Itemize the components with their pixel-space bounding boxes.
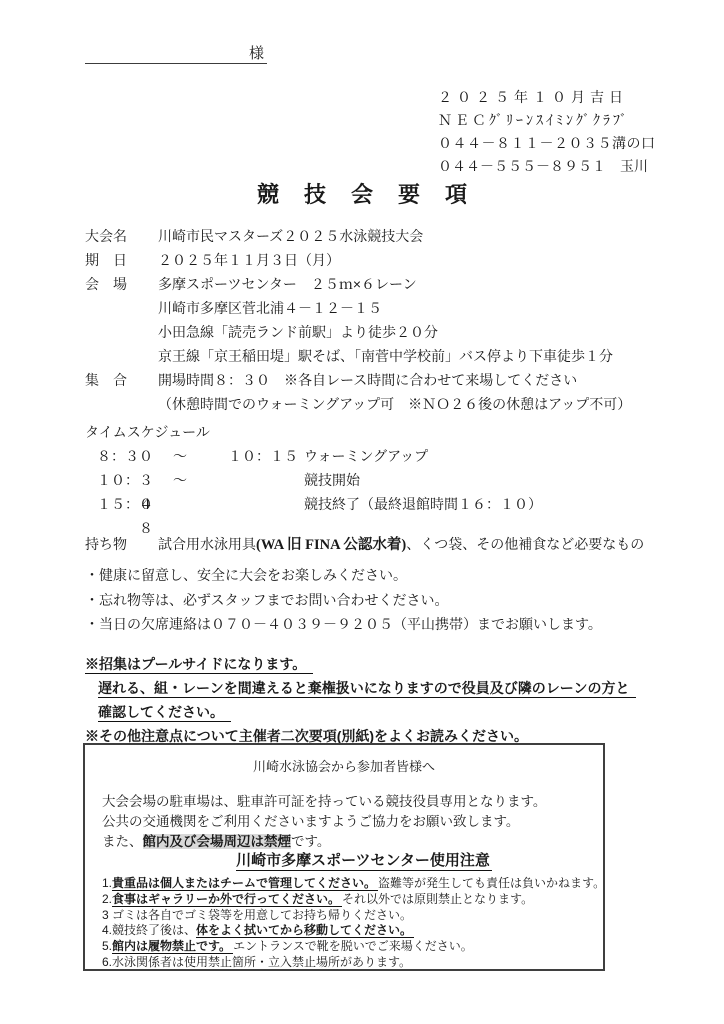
schedule-event: 競技開始 [304,468,360,492]
info-value: ２０２５年１１月３日（月） [158,248,340,272]
info-row: 京王線「京王稲田堤」駅そば、「南菅中学校前」バス停より下車徒歩１分 [85,344,631,368]
rule-rest: エントランスで靴を脱いでご来場ください。 [233,939,473,953]
warning-line: ※招集はプールサイドになります。 [85,652,636,676]
schedule-tilde: ～ [173,468,187,492]
rule-rest: それ以外では原則禁止となります。 [342,892,533,906]
page-title: 競技会要項 [0,182,724,208]
rule-item: 2.食事はギャラリーか外で行ってください。それ以外では原則禁止となります。 [102,892,603,908]
notice-text-before: また、 [102,834,143,849]
rule-number: 3 [102,908,112,922]
facility-rules-subheading-text: 川崎市多摩スポーツセンター使用注意 [236,852,492,871]
rule-emphasis: 館内は履物禁止です。 [112,939,233,954]
note-item: ・健康に留意し、安全に大会をお楽しみください。 [85,563,602,588]
rule-emphasis: 貴重品は個人またはチームで管理してください。 [112,876,378,891]
schedule-row: １０：３０ ～ 競技開始 [85,468,645,492]
info-value: 小田急線「読売ランド前駅」より徒歩２０分 [158,320,438,344]
info-value: 京王線「京王稲田堤」駅そば、「南菅中学校前」バス停より下車徒歩１分 [158,344,613,368]
rule-number: 5. [102,939,112,953]
schedule-event: ウォーミングアップ [304,444,428,468]
schedule-row: ８：３０ ～ １０：１５ ウォーミングアップ [85,444,645,468]
facility-rules-subheading: 川崎市多摩スポーツセンター使用注意 [125,852,603,870]
important-warnings: ※招集はプールサイドになります。 遅れる、組・レーンを間違えると棄権扱いになりま… [85,652,636,748]
rule-item: 6.水泳関係者は使用禁止箇所・立入禁止場所があります。 [102,955,603,971]
info-row: 大会名 川崎市民マスターズ２０２５水泳競技大会 [85,224,631,248]
warning-line: 確認してください。 [85,700,636,724]
note-item: ・忘れ物等は、必ずスタッフまでお問い合わせください。 [85,588,602,613]
rule-number: 6. [102,955,112,969]
phone-mizonokuchi: ０４４－８１１－２０３５溝の口 [438,132,656,155]
rule-rest: 水泳関係者は使用禁止箇所・立入禁止場所があります。 [112,955,411,969]
info-value: 多摩スポーツセンター ２５ｍ×６レーン [158,272,417,296]
issue-date: ２０２５年１０月吉日 [438,86,656,109]
info-label [85,320,158,344]
letterhead: ２０２５年１０月吉日 ＮＥＣｸﾞﾘｰﾝｽｲﾐﾝｸﾞｸﾗﾌﾞ ０４４－８１１－２０… [438,86,656,178]
warning-text: 確認してください。 [98,704,231,722]
info-label: 会 場 [85,272,158,296]
info-row: 期 日 ２０２５年１１月３日（月） [85,248,631,272]
notice-paragraph: 大会会場の駐車場は、駐車許可証を持っている競技役員専用となります。 [102,792,603,812]
belongings-value: 試合用水泳用具(WA 旧 FINA 公認水着)、くつ袋、その他補食など必要なもの [158,532,644,557]
warning-text: ※招集はプールサイドになります。 [85,656,313,674]
rule-item: 1.貴重品は個人またはチームで管理してください。盗難等が発生しても責任は負いかね… [102,876,603,892]
rule-item: 5.館内は履物禁止です。エントランスで靴を脱いでご来場ください。 [102,939,603,955]
notice-heading: 川崎水泳協会から参加者皆様へ [85,759,603,775]
time-schedule: タイムスケジュール ８：３０ ～ １０：１５ ウォーミングアップ １０：３０ ～… [85,420,645,516]
schedule-tilde: ～ [173,444,187,468]
info-value: 川崎市多摩区菅北浦４－１２－１５ [158,296,382,320]
schedule-event: 競技終了（最終退館時間１６：１０） [304,492,542,516]
facility-rules-list: 1.貴重品は個人またはチームで管理してください。盗難等が発生しても責任は負いかね… [85,876,603,971]
schedule-end-time: １０：１５ [228,444,298,468]
rule-number: 2. [102,892,112,906]
phone-tamagawa: ０４４－５５５－８９５１ 玉川 [438,155,656,178]
rule-number: 1. [102,876,112,890]
notice-paragraphs: 大会会場の駐車場は、駐車許可証を持っている競技役員専用となります。 公共の交通機… [85,792,603,852]
schedule-row: １５：４８ 競技終了（最終退館時間１６：１０） [85,492,645,516]
info-label [85,296,158,320]
notice-box: 川崎水泳協会から参加者皆様へ 大会会場の駐車場は、駐車許可証を持っている競技役員… [83,743,605,971]
notice-paragraph: 公共の交通機関をご利用くださいますようご協力をお願い致します。 [102,812,603,832]
info-row: 小田急線「読売ランド前駅」より徒歩２０分 [85,320,631,344]
recipient-name-line: 様 [85,44,267,64]
info-row: 川崎市多摩区菅北浦４－１２－１５ [85,296,631,320]
rule-emphasis: 体をよく拭いてから移動してください。 [196,923,414,938]
belongings-text-before: 試合用水泳用具 [158,536,256,552]
warning-text: 遅れる、組・レーンを間違えると棄権扱いになりますので役員及び隣のレーンの方と [98,680,636,698]
recipient-suffix: 様 [249,45,264,62]
schedule-start-time: ８：３０ [85,444,153,468]
info-row: 会 場 多摩スポーツセンター ２５ｍ×６レーン [85,272,631,296]
info-label [85,392,158,416]
info-label: 期 日 [85,248,158,272]
info-row: （休憩時間でのウォーミングアップ可 ※ＮＯ２６後の休憩はアップ不可） [85,392,631,416]
rule-item: 3 ゴミは各自でゴミ袋等を用意してお持ち帰りください。 [102,908,603,924]
info-row: 集 合 開場時間８：３０ ※各自レース時間に合わせて来場してください [85,368,631,392]
rule-rest: 盗難等が発生しても責任は負いかねます。 [378,876,605,890]
rule-emphasis: 食事はギャラリーか外で行ってください。 [112,892,342,907]
info-label: 集 合 [85,368,158,392]
event-info: 大会名 川崎市民マスターズ２０２５水泳競技大会 期 日 ２０２５年１１月３日（月… [85,224,631,416]
swimwear-certification-note: (WA 旧 FINA 公認水着) [256,537,406,553]
notice-text-after: です。 [291,834,330,849]
rule-rest: ゴミは各自でゴミ袋等を用意してお持ち帰りください。 [112,908,412,922]
belongings-text-after: 、くつ袋、その他補食など必要なもの [406,536,644,552]
notice-paragraph: また、館内及び会場周辺は禁煙です。 [102,832,603,852]
belongings-label: 持ち物 [85,532,158,557]
no-smoking-highlight: 館内及び会場周辺は禁煙 [143,834,292,849]
rule-item: 4.競技終了後は、体をよく拭いてから移動してください。 [102,923,603,939]
document-page: 様 ２０２５年１０月吉日 ＮＥＣｸﾞﾘｰﾝｽｲﾐﾝｸﾞｸﾗﾌﾞ ０４４－８１１－… [0,0,724,1024]
info-value: 開場時間８：３０ ※各自レース時間に合わせて来場してください [158,368,577,392]
belongings: 持ち物 試合用水泳用具(WA 旧 FINA 公認水着)、くつ袋、その他補食など必… [85,532,644,557]
info-label [85,344,158,368]
general-notes: ・健康に留意し、安全に大会をお楽しみください。 ・忘れ物等は、必ずスタッフまでお… [85,563,602,637]
schedule-heading: タイムスケジュール [85,420,645,444]
club-name: ＮＥＣｸﾞﾘｰﾝｽｲﾐﾝｸﾞｸﾗﾌﾞ [438,109,656,132]
warning-line: 遅れる、組・レーンを間違えると棄権扱いになりますので役員及び隣のレーンの方と [85,676,636,700]
info-label: 大会名 [85,224,158,248]
note-item: ・当日の欠席連絡は０７０－４０３９－９２０５（平山携帯）までお願いします。 [85,612,602,637]
rule-number: 4. [102,923,112,937]
info-value: （休憩時間でのウォーミングアップ可 ※ＮＯ２６後の休憩はアップ不可） [158,392,631,416]
info-value: 川崎市民マスターズ２０２５水泳競技大会 [158,224,423,248]
rule-pre: 競技終了後は、 [112,923,196,937]
